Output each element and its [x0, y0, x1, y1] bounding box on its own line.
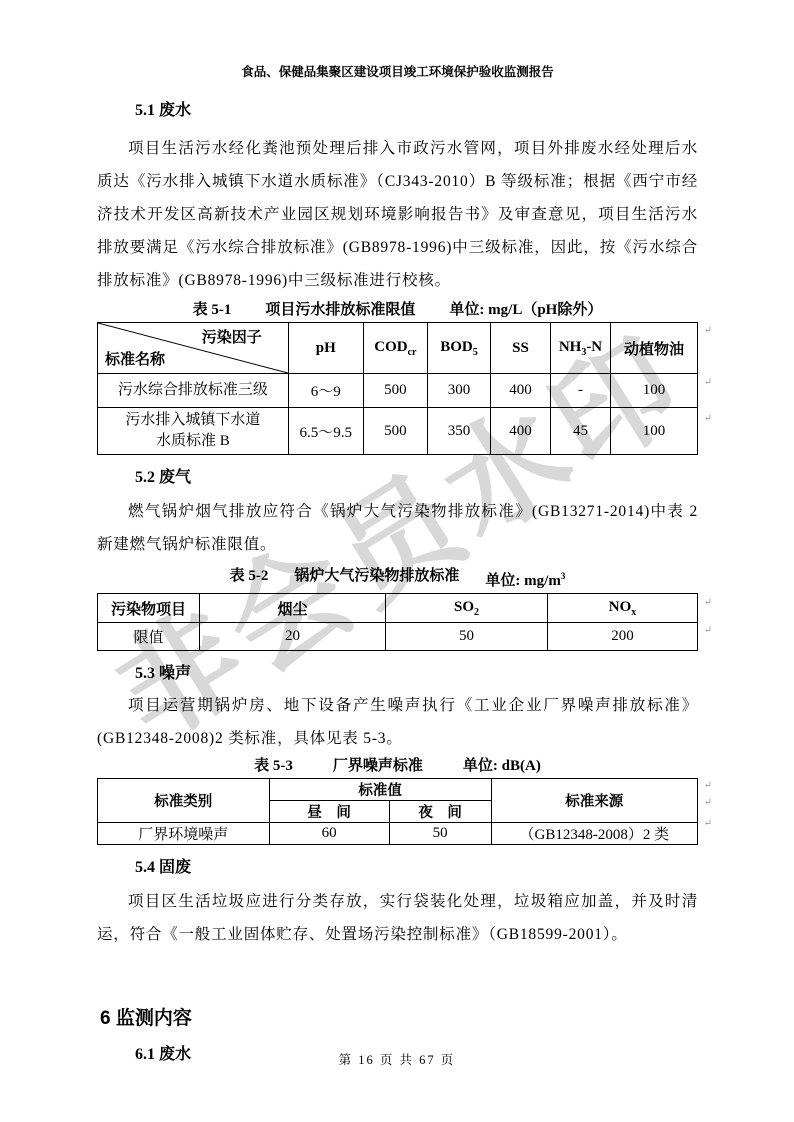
- table-cell: 6.5～9.5: [288, 408, 363, 455]
- table-row: 污水综合排放标准三级 6～9 500 300 400 - 100: [98, 374, 698, 408]
- table-cell: 6～9: [288, 374, 363, 408]
- section-6-heading: 6 监测内容: [100, 1007, 698, 1030]
- table-5-1-caption: 表 5-1 项目污水排放标准限值 单位: mg/L（pH除外）: [97, 301, 698, 320]
- return-mark-icon: ↵: [704, 626, 712, 636]
- return-mark-icon: ↵: [704, 414, 712, 424]
- column-header-label: pH: [316, 340, 336, 356]
- table-cell: 100: [610, 374, 697, 408]
- document-page: 非会员水印 食品、保健品集聚区建设项目竣工环境保护验收监测报告 5.1 废水 项…: [0, 0, 794, 1122]
- column-header-group: 标准值: [269, 779, 491, 801]
- return-mark-icon: ↵: [704, 378, 712, 388]
- column-header: 夜 间: [389, 801, 491, 823]
- column-header-subscript: cr: [408, 347, 417, 358]
- section-5-3-heading: 5.3 噪声: [135, 665, 698, 683]
- column-header-subscript: 2: [474, 607, 479, 618]
- table-cell: 50: [389, 823, 491, 845]
- column-header-label: 烟尘: [277, 602, 307, 618]
- table-cell: 500: [363, 408, 427, 455]
- table-cell: 200: [548, 623, 698, 651]
- table-cell: 500: [363, 374, 427, 408]
- table-5-3-caption-unit: 单位: dB(A): [463, 757, 541, 776]
- column-header-label: BOD: [440, 339, 473, 355]
- column-header: 昼 间: [269, 801, 389, 823]
- table-cell: 60: [269, 823, 389, 845]
- diagonal-header-cell: 污染因子 标准名称: [98, 323, 289, 374]
- section-5-1-heading: 5.1 废水: [135, 102, 698, 120]
- column-header-label: COD: [374, 339, 407, 355]
- page-content: 食品、保健品集聚区建设项目竣工环境保护验收监测报告 5.1 废水 项目生活污水经…: [0, 0, 794, 1064]
- table-5-3-wrapper: 标准类别 标准值 标准来源 昼 间 夜 间 厂界环境噪声 60 50 （GB12…: [97, 778, 698, 845]
- table-cell: 50: [386, 623, 548, 651]
- column-header: 烟尘: [200, 594, 386, 623]
- document-header-title: 食品、保健品集聚区建设项目竣工环境保护验收监测报告: [97, 64, 698, 80]
- table-5-2-caption-unit: 单位: mg/m3: [485, 567, 565, 591]
- table-5-2-caption-title: 锅炉大气污染物排放标准: [294, 567, 459, 591]
- section-5-4-heading: 5.4 固废: [135, 859, 698, 877]
- table-5-2-caption: 表 5-2 锅炉大气污染物排放标准 单位: mg/m3: [97, 567, 698, 591]
- section-5-2-heading: 5.2 废气: [135, 469, 698, 487]
- diagonal-top-label: 污染因子: [202, 326, 262, 347]
- return-mark-icon: ↵: [704, 598, 712, 608]
- section-5-3-paragraph: 项目运营期锅炉房、地下设备产生噪声执行《工业企业厂界噪声排放标准》(GB1234…: [97, 689, 698, 755]
- table-5-3-caption-title: 厂界噪声标准: [333, 757, 423, 776]
- table-row: 限值 20 50 200: [98, 623, 698, 651]
- table-cell: 350: [427, 408, 490, 455]
- section-5-4-paragraph: 项目区生活垃圾应进行分类存放，实行袋装化处理，垃圾箱应加盖，并及时清运，符合《一…: [97, 885, 698, 951]
- return-mark-icon: ↵: [704, 798, 712, 808]
- column-header: CODcr: [363, 323, 427, 374]
- column-header-label: SO: [454, 599, 474, 615]
- row-label: 污水排入城镇下水道 水质标准 B: [98, 408, 289, 455]
- column-header: NOx: [548, 594, 698, 623]
- column-header: pH: [288, 323, 363, 374]
- row-label: 污水综合排放标准三级: [98, 374, 289, 408]
- table-5-1-caption-title: 项目污水排放标准限值: [265, 301, 415, 320]
- column-header-label: 动植物油: [624, 342, 684, 358]
- column-header: 动植物油: [610, 323, 697, 374]
- table-5-1-caption-label: 表 5-1: [193, 301, 232, 320]
- table-cell: 400: [490, 374, 550, 408]
- return-mark-icon: ↵: [704, 326, 712, 336]
- table-5-1-wrapper: 污染因子 标准名称 pH CODcr BOD5 SS NH3-N 动植物油 污水…: [97, 322, 698, 455]
- unit-text: 单位: mg/m: [485, 573, 560, 589]
- column-header-label: NO: [609, 599, 632, 615]
- table-cell: 20: [200, 623, 386, 651]
- column-header: SO2: [386, 594, 548, 623]
- table-5-2-caption-label: 表 5-2: [230, 567, 269, 591]
- column-header-label: NH: [559, 339, 582, 355]
- column-header-label: 污染物项目: [111, 602, 186, 618]
- column-header: SS: [490, 323, 550, 374]
- table-5-3-caption: 表 5-3 厂界噪声标准 单位: dB(A): [97, 757, 698, 776]
- return-mark-icon: ↵: [704, 819, 712, 829]
- column-header-label: SS: [512, 340, 529, 356]
- column-header-subscript: x: [631, 607, 636, 618]
- table-cell: （GB12348-2008）2 类: [491, 823, 697, 845]
- table-5-1-caption-unit: 单位: mg/L（pH除外）: [449, 301, 602, 320]
- column-header: 标准来源: [491, 779, 697, 823]
- row-label: 厂界环境噪声: [98, 823, 270, 845]
- table-cell: 45: [550, 408, 610, 455]
- table-5-2: 污染物项目 烟尘 SO2 NOx 限值 20 50 200: [97, 593, 698, 651]
- diagonal-bottom-label: 标准名称: [105, 348, 165, 369]
- table-row: 污染物项目 烟尘 SO2 NOx: [98, 594, 698, 623]
- table-5-1: 污染因子 标准名称 pH CODcr BOD5 SS NH3-N 动植物油 污水…: [97, 322, 698, 455]
- table-5-3-caption-label: 表 5-3: [254, 757, 293, 776]
- page-number-footer: 第 16 页 共 67 页: [0, 1050, 794, 1068]
- table-row: 污水排入城镇下水道 水质标准 B 6.5～9.5 500 350 400 45 …: [98, 408, 698, 455]
- column-header: 标准类别: [98, 779, 270, 823]
- column-header: 污染物项目: [98, 594, 200, 623]
- column-header-subscript: 5: [473, 347, 478, 358]
- return-mark-icon: ↵: [704, 781, 712, 791]
- table-row: 厂界环境噪声 60 50 （GB12348-2008）2 类: [98, 823, 698, 845]
- column-header: BOD5: [427, 323, 490, 374]
- table-row: 标准类别 标准值 标准来源: [98, 779, 698, 801]
- column-header: NH3-N: [550, 323, 610, 374]
- unit-superscript: 3: [561, 571, 566, 581]
- table-5-2-wrapper: 污染物项目 烟尘 SO2 NOx 限值 20 50 200 ↵ ↵: [97, 593, 698, 651]
- column-header-suffix: -N: [586, 339, 602, 355]
- section-5-1-paragraph: 项目生活污水经化粪池预处理后排入市政污水管网，项目外排废水经处理后水质达《污水排…: [97, 132, 698, 297]
- table-cell: 100: [610, 408, 697, 455]
- section-5-2-paragraph: 燃气锅炉烟气排放应符合《锅炉大气污染物排放标准》(GB13271-2014)中表…: [97, 495, 698, 561]
- table-cell: 400: [490, 408, 550, 455]
- table-row: 污染因子 标准名称 pH CODcr BOD5 SS NH3-N 动植物油: [98, 323, 698, 374]
- row-label: 限值: [98, 623, 200, 651]
- table-cell: -: [550, 374, 610, 408]
- table-cell: 300: [427, 374, 490, 408]
- table-5-3: 标准类别 标准值 标准来源 昼 间 夜 间 厂界环境噪声 60 50 （GB12…: [97, 778, 698, 845]
